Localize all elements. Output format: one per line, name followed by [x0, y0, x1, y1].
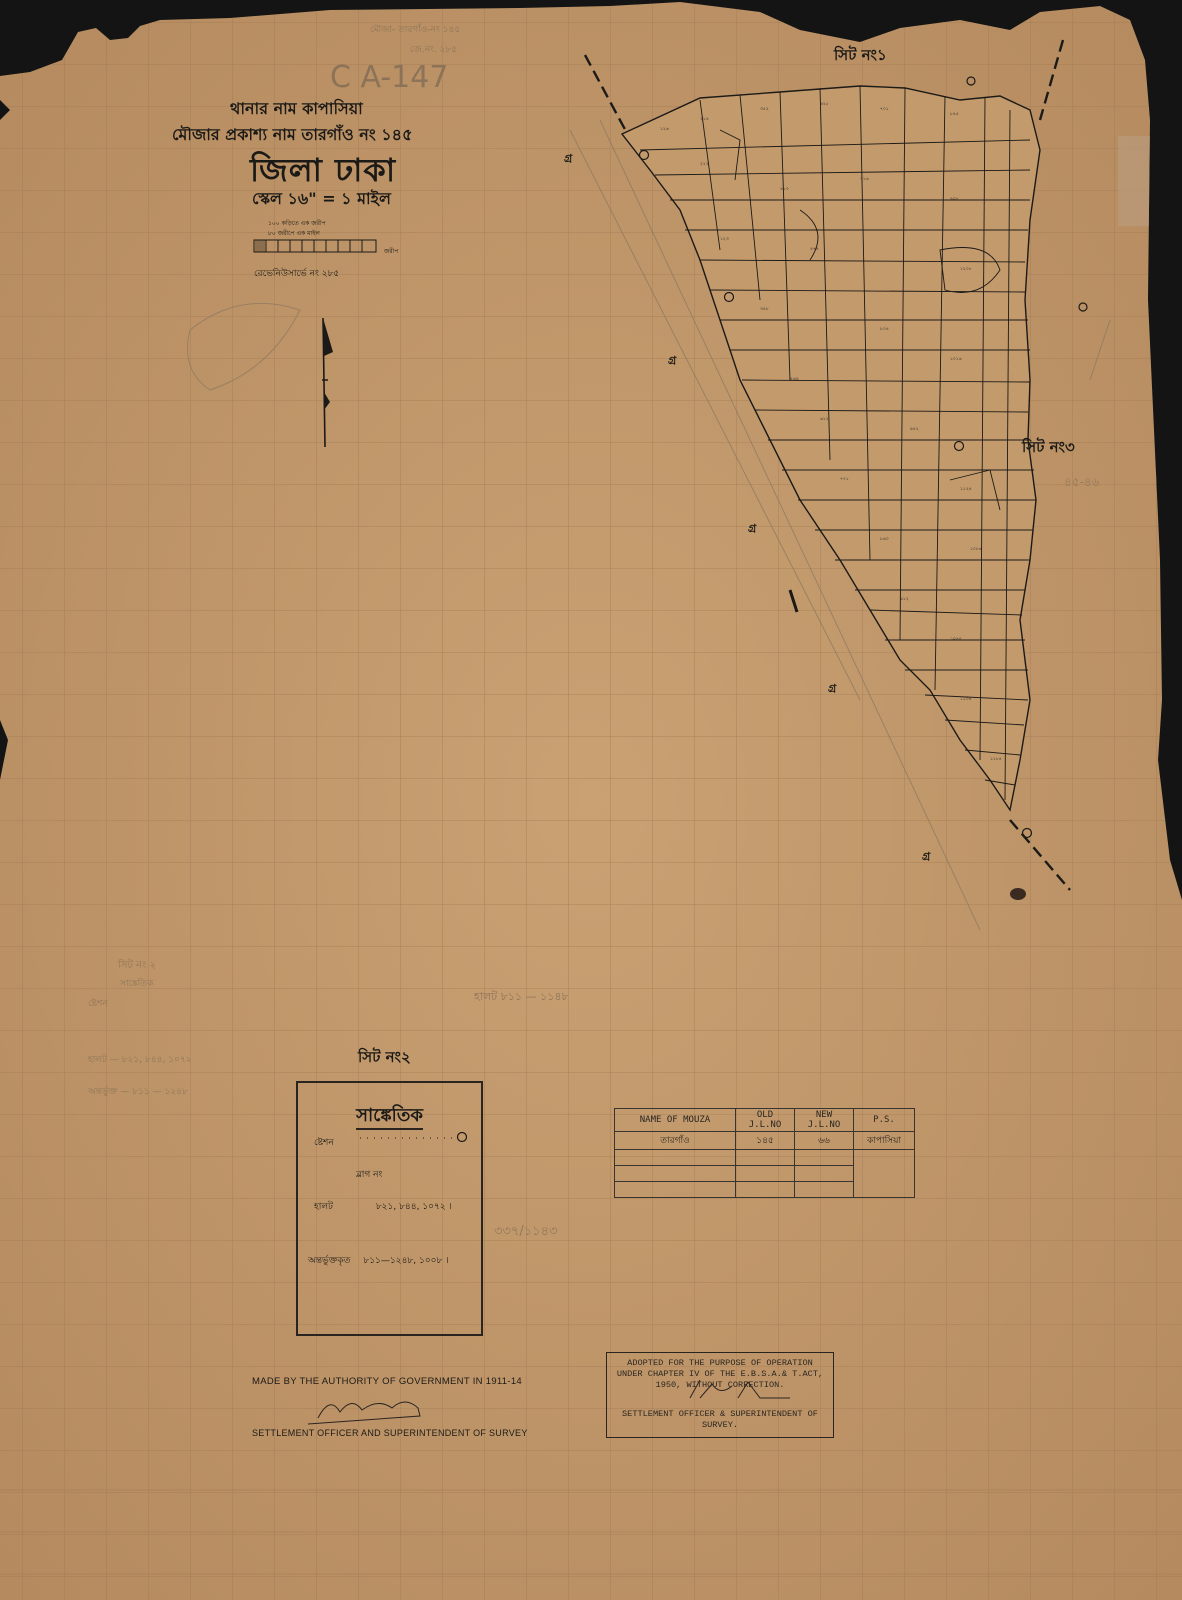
svg-text:৯০৮: ৯০৮ [950, 197, 960, 202]
svg-text:১০৪৪: ১০৪৪ [950, 637, 962, 642]
svg-text:৮০৪: ৮০৪ [880, 327, 889, 332]
scale-note-2: ৮০ জরীপে এক মাইল [268, 228, 320, 239]
map-canvas: ১২৬২১৪৩৫২ ৬২৮৭০১৮৪৫ ২২২৪১০৭১৬ ৯০৮১২৩৪৭৪ … [0, 0, 1182, 1600]
cadastral-map-sheet: ১২৬২১৪৩৫২ ৬২৮৭০১৮৪৫ ২২২৪১০৭১৬ ৯০৮১২৩৪৭৪ … [0, 0, 1182, 1600]
pencil-annotation-legend-side: ৩৩৭/১১৪৩ [494, 1222, 558, 1243]
revenue-survey-number: রেভেনিউসার্ভে নং ২৮৫ [254, 266, 339, 281]
svg-text:১০৮৬: ১০৮৬ [970, 547, 983, 552]
svg-text:৩৪৮: ৩৪৮ [760, 307, 770, 312]
svg-text:৪১০: ৪১০ [780, 187, 789, 192]
pencil-annotation-top: C A-147 [330, 60, 448, 95]
pencil-note: সিট নং ২ [118, 958, 156, 975]
pencil-note: ষ্টেশন [88, 996, 108, 1011]
svg-text:৬১২: ৬১২ [820, 417, 829, 422]
scale-unit: জরীপ [384, 246, 398, 257]
pencil-annotation-middle: হালট ৮১১ — ১১৪৮ [474, 988, 569, 1007]
svg-text:৮৬০: ৮৬০ [880, 537, 889, 542]
settlement-officer-left: SETTLEMENT OFFICER AND SUPERINTENDENT OF… [252, 1428, 528, 1438]
table-header: NAME OF MOUZA [615, 1109, 736, 1132]
sheet-3-label: সিট নং৩ [1022, 436, 1075, 461]
legend-row-block: ব্লাগ নং [356, 1167, 382, 1182]
boundary-marker: গ্র [748, 520, 756, 539]
mouza-table: NAME OF MOUZA OLD J.L.NO NEW J.L.NO P.S.… [614, 1108, 915, 1198]
svg-text:৭৭১: ৭৭১ [840, 477, 849, 482]
pencil-note: হালট — ৮২১, ৮৪৪, ১০৭২ [88, 1052, 192, 1067]
table-cell: তারগাঁও [615, 1132, 736, 1150]
svg-text:১০১৬: ১০১৬ [950, 357, 963, 362]
sheet-1-label: সিট নং১ [834, 44, 887, 69]
svg-text:৯১২: ৯১২ [900, 597, 909, 602]
svg-text:৯৪২: ৯৪২ [910, 427, 919, 432]
svg-text:১২৬: ১২৬ [660, 127, 670, 132]
pencil-note: সাঙ্কেতিক [120, 976, 153, 991]
adopted-line: UNDER CHAPTER IV OF THE E.B.S.A.& T.ACT, [607, 1369, 833, 1380]
legend-title: সাঙ্কেতিক [298, 1101, 481, 1132]
sheet-2-label: সিট নং২ [358, 1046, 411, 1071]
legend-row-station: ষ্টেশন [314, 1135, 334, 1150]
table-header: P.S. [854, 1109, 915, 1132]
svg-text:৭১৬: ৭১৬ [860, 177, 870, 182]
table-row [615, 1182, 915, 1198]
adopted-line: ADOPTED FOR THE PURPOSE OF OPERATION [607, 1358, 833, 1369]
table-cell: ৬৬ [795, 1132, 854, 1150]
scale-text: স্কেল ১৬" = ১ মাইল [252, 186, 391, 213]
table-row [615, 1166, 915, 1182]
settlement-officer-right: SURVEY. [607, 1420, 833, 1431]
table-header: NEW J.L.NO [795, 1109, 854, 1132]
svg-text:১১২৪: ১১২৪ [960, 487, 972, 492]
boundary-marker: গ্র [922, 848, 930, 867]
legend-box: সাঙ্কেতিক ষ্টেশন ব্লাগ নং হালট ৮২১, ৮৪৪,… [296, 1081, 483, 1336]
svg-text:১২৩: ১২৩ [720, 237, 730, 242]
pencil-annotation-top-small: মৌজা- তারগাঁও-নং ১৪৫ [370, 22, 460, 37]
svg-text:২২২: ২২২ [700, 162, 709, 167]
boundary-marker: গ্র [668, 352, 676, 371]
legend-row-halot: হালট ৮২১, ৮৪৪, ১০৭২ । [314, 1199, 452, 1214]
svg-text:৪৭৪: ৪৭৪ [810, 247, 819, 252]
made-by-text: MADE BY THE AUTHORITY OF GOVERNMENT IN 1… [252, 1376, 522, 1387]
table-row: তারগাঁও ১৪৫ ৬৬ কাপাসিয়া [615, 1132, 915, 1150]
svg-text:৭০১: ৭০১ [880, 107, 889, 112]
settlement-officer-right: SETTLEMENT OFFICER & SUPERINTENDENT OF [607, 1409, 833, 1420]
thana-name: থানার নাম কাপাসিয়া [230, 96, 363, 123]
boundary-marker: গ্র [564, 150, 572, 169]
svg-text:৬২৮: ৬২৮ [820, 102, 830, 107]
table-header-row: NAME OF MOUZA OLD J.L.NO NEW J.L.NO P.S. [615, 1109, 915, 1132]
svg-text:১১০৪: ১১০৪ [960, 697, 972, 702]
table-header: OLD J.L.NO [736, 1109, 795, 1132]
pencil-annotation-top-small: জে.নং. ২৮৫ [410, 42, 457, 57]
svg-text:২১৪: ২১৪ [700, 117, 709, 122]
svg-text:৫৬৯: ৫৬৯ [790, 377, 799, 382]
svg-text:১২০৮: ১২০৮ [960, 267, 973, 272]
legend-row-included: অন্তর্ভুক্তকৃত ৮১১—১২৪৮, ১০০৮ । [308, 1253, 448, 1268]
table-cell: ১৪৫ [736, 1132, 795, 1150]
svg-text:১১৮৪: ১১৮৪ [990, 757, 1002, 762]
svg-text:৮৪৫: ৮৪৫ [950, 112, 959, 117]
table-row [615, 1150, 915, 1166]
pencil-annotation-right: ৪৫-৪৬ [1064, 474, 1100, 494]
svg-text:৩৫২: ৩৫২ [760, 107, 769, 112]
adopted-stamp: ADOPTED FOR THE PURPOSE OF OPERATION UND… [606, 1352, 834, 1438]
boundary-marker: গ্র [828, 680, 836, 699]
pencil-note: অন্তর্ভুক্ত — ৮১১ — ১২৪৮ [88, 1084, 188, 1099]
table-cell: কাপাসিয়া [854, 1132, 915, 1150]
